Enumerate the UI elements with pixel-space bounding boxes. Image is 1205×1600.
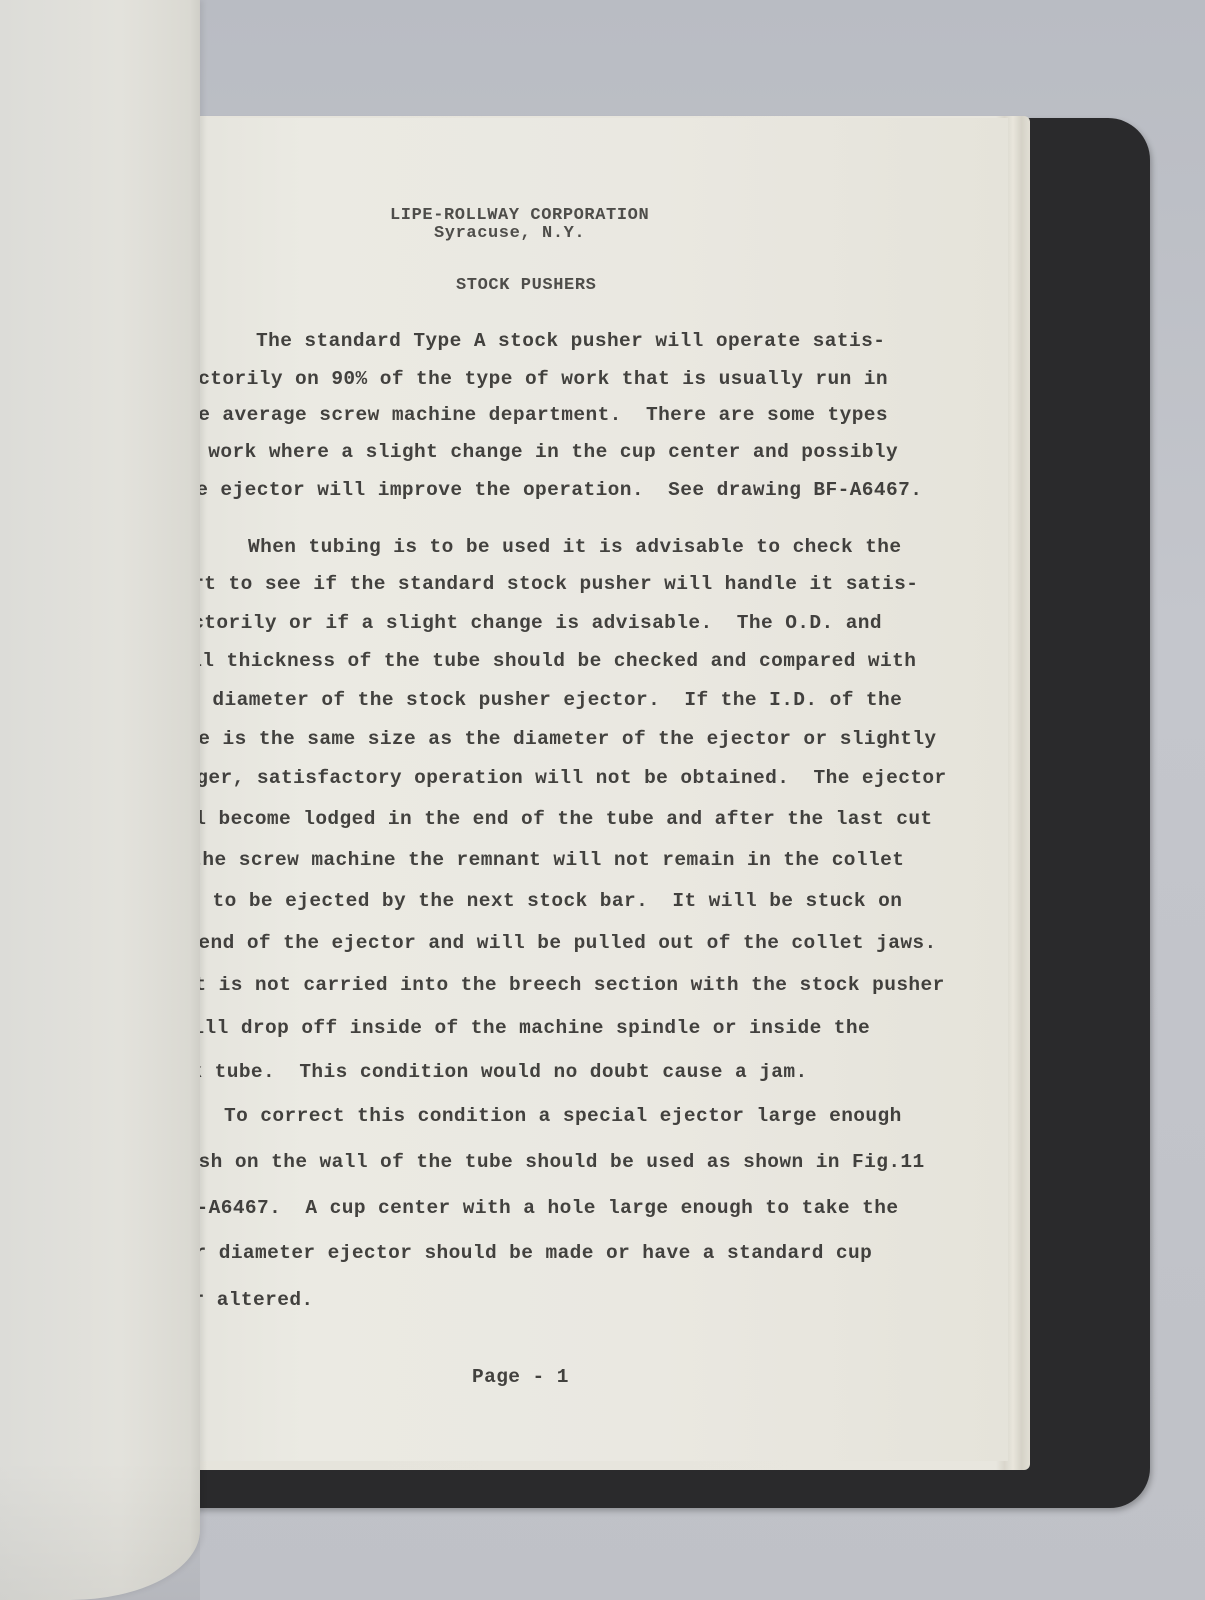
paragraph-line: will become lodged in the end of the tub… (158, 808, 933, 830)
paragraph-line: When tubing is to be used it is advisabl… (248, 536, 902, 558)
paragraph-line: to push on the wall of the tube should b… (138, 1151, 925, 1173)
company-location: Syracuse, N.Y. (434, 224, 585, 243)
paragraph-line: wall thickness of the tube should be che… (166, 650, 916, 672)
paragraph-line: it will drop off inside of the machine s… (144, 1017, 870, 1039)
paragraph-line: the average screw machine department. Th… (174, 404, 888, 426)
paragraph-line: factorily on 90% of the type of work tha… (174, 368, 888, 390)
paragraph-line: on the screw machine the remnant will no… (154, 849, 904, 871)
paragraph-line: of work where a slight change in the cup… (172, 441, 898, 463)
paragraph-line: the end of the ejector and will be pulle… (150, 932, 937, 954)
paragraph-line: The standard Type A stock pusher will op… (256, 330, 885, 352)
paragraph-line: larger, satisfactory operation will not … (160, 767, 947, 789)
paragraph-line: on BF-A6467. A cup center with a hole la… (136, 1197, 898, 1219)
paragraph-line: larger diameter ejector should be made o… (134, 1242, 872, 1264)
company-name: LIPE-ROLLWAY CORPORATION (390, 206, 649, 225)
curled-previous-page (0, 0, 200, 1600)
page-number: Page - 1 (472, 1366, 569, 1388)
paragraph-line: the diameter of the stock pusher ejector… (164, 689, 902, 711)
paragraph-line: the ejector will improve the operation. … (172, 479, 922, 501)
paragraph-line: jaws to be ejected by the next stock bar… (152, 890, 902, 912)
paragraph-line: part to see if the standard stock pusher… (168, 573, 918, 595)
document-title: STOCK PUSHERS (456, 276, 596, 295)
paragraph-line: If it is not carried into the breech sec… (146, 974, 945, 996)
paragraph-line: stock tube. This condition would no doub… (142, 1061, 808, 1083)
paragraph-line: To correct this condition a special ejec… (224, 1105, 902, 1127)
paragraph-line: factorily or if a slight change is advis… (168, 612, 882, 634)
document-page: LIPE-ROLLWAY CORPORATION Syracuse, N.Y. … (128, 118, 1008, 1461)
paragraph-line: tube is the same size as the diameter of… (162, 728, 937, 750)
